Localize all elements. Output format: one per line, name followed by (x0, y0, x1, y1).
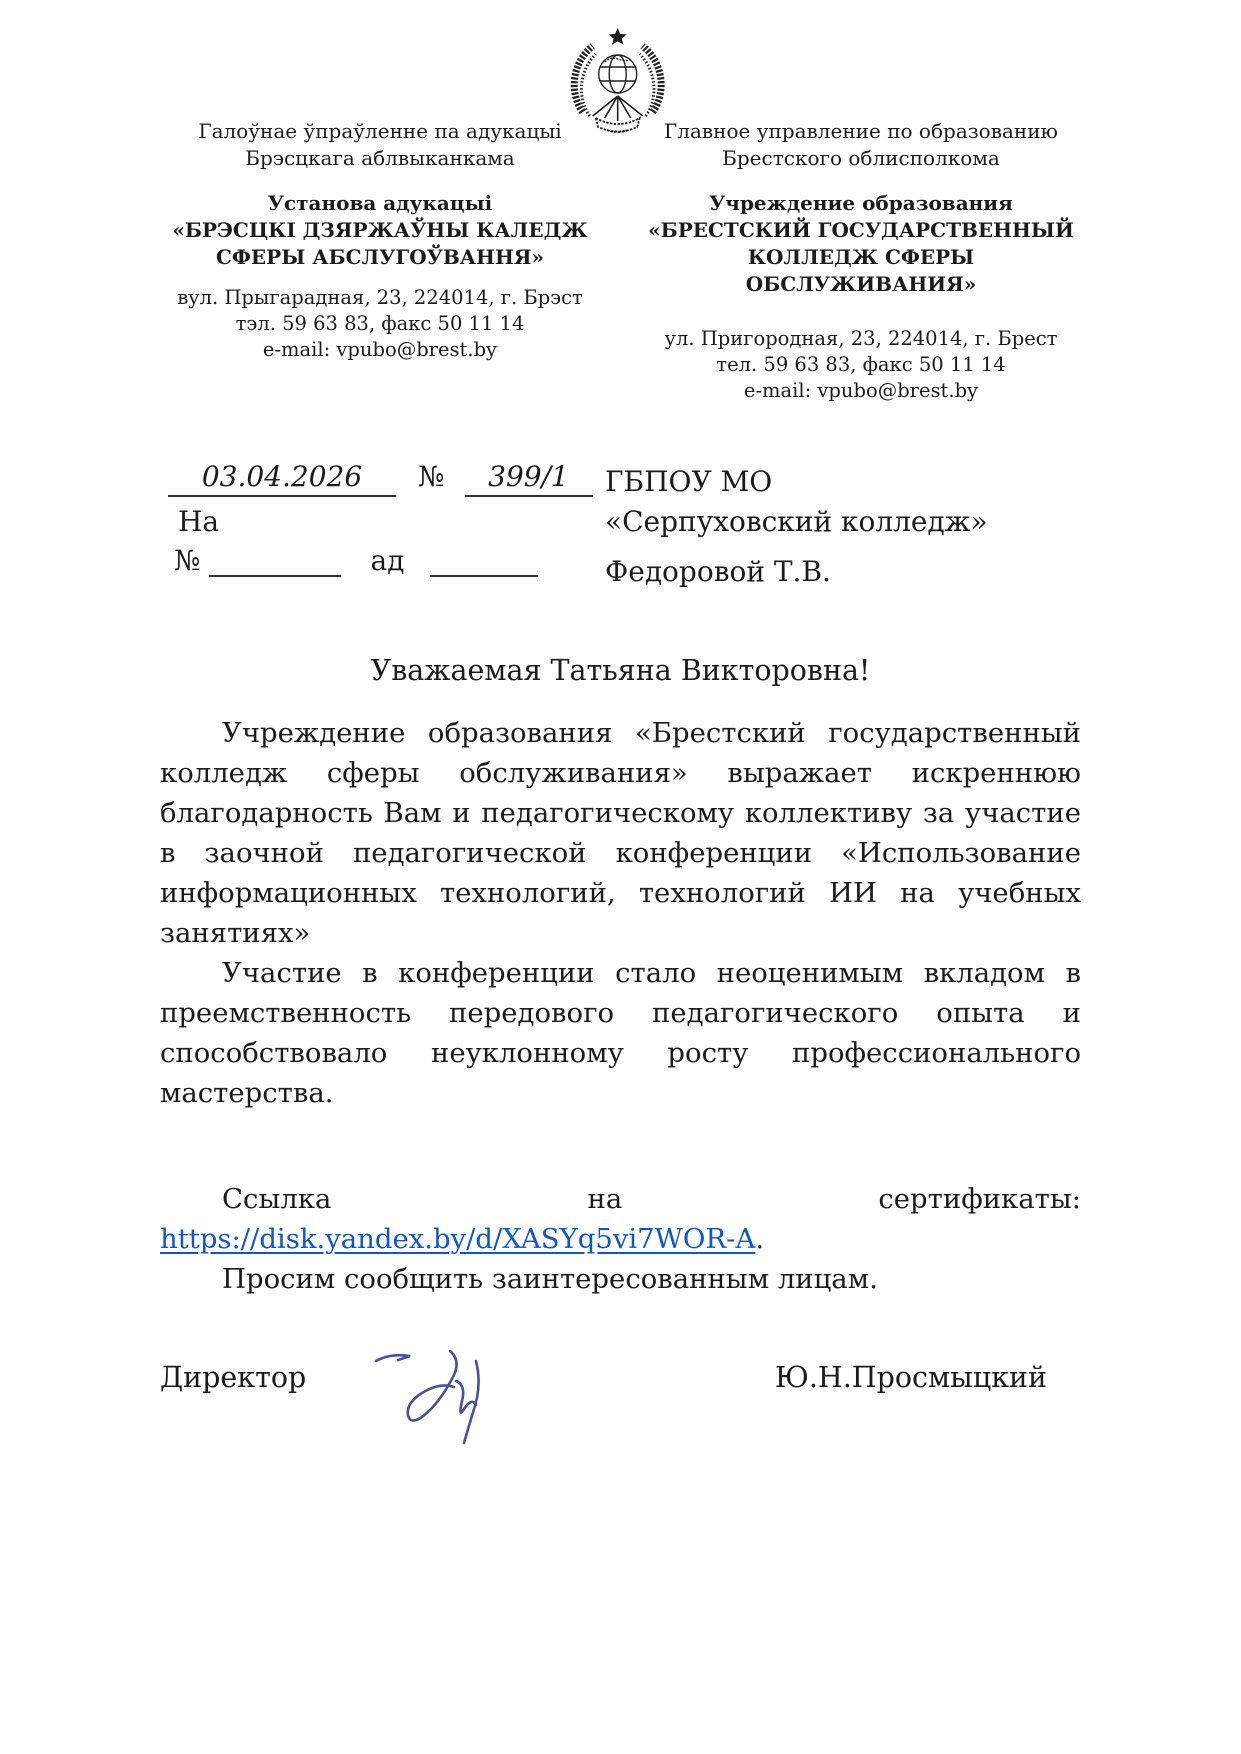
link-intro-word: на (588, 1179, 623, 1219)
phone-line: тэл. 59 63 83, факс 50 11 14 (160, 311, 600, 337)
org-line: Учреждение образования (641, 190, 1081, 217)
email-line: e-mail: vpubo@brest.by (641, 378, 1081, 404)
letter-page: Галоўнае ўпраўленне па адукацыі Брэсцкаг… (0, 0, 1241, 1754)
org-line: КОЛЛЕДЖ СФЕРЫ ОБСЛУЖИВАНИЯ» (641, 244, 1081, 298)
handwritten-signature (372, 1339, 537, 1454)
signer-name: Ю.Н.Просмыцкий (775, 1361, 1047, 1394)
body-paragraph: Просим сообщить заинтересованным лицам. (160, 1259, 1081, 1299)
recipient-organization: «Серпуховский колледж» (605, 502, 988, 542)
incoming-reference-label: На (160, 505, 605, 538)
certificates-link-line: https://disk.yandex.by/d/XASYq5vi7WOR-A. (160, 1219, 1081, 1259)
letterhead-russian: Главное управление по образованию Брестс… (641, 118, 1081, 404)
incoming-number-blank (209, 547, 341, 577)
certificates-link[interactable]: https://disk.yandex.by/d/XASYq5vi7WOR-A (160, 1223, 755, 1255)
number-sign: № (174, 544, 201, 577)
org-line: «БРЭСЦКІ ДЗЯРЖАЎНЫ КАЛЕДЖ (160, 217, 600, 244)
authority-line: Брестского облисполкома (641, 145, 1081, 172)
signer-position: Директор (160, 1361, 306, 1394)
ad-label: ад (371, 544, 405, 577)
authority-name-ru: Главное управление по образованию Брестс… (641, 118, 1081, 172)
authority-line: Брэсцкага аблвыканкама (160, 145, 600, 172)
signature-row: Директор Ю.Н.Просмыцкий (160, 1361, 1081, 1394)
org-line: «БРЕСТСКИЙ ГОСУДАРСТВЕННЫЙ (641, 217, 1081, 244)
outgoing-date-field: 03.04.2026 (168, 460, 396, 497)
outgoing-reference-line: 03.04.2026 № 399/1 (160, 460, 605, 497)
body-paragraph: Учреждение образования «Брестский госуда… (160, 713, 1081, 953)
incoming-reference-line: № ад (160, 544, 605, 577)
salutation: Уважаемая Татьяна Викторовна! (160, 654, 1081, 687)
reference-and-recipient: 03.04.2026 № 399/1 На № ад ГБПОУ МО «Сер… (160, 460, 1081, 592)
link-intro-line: Ссылка на сертификаты: (160, 1179, 1081, 1219)
coat-of-arms-icon (562, 26, 672, 138)
authority-name-be: Галоўнае ўпраўленне па адукацыі Брэсцкаг… (160, 118, 600, 172)
address-line: вул. Прыгарадная, 23, 224014, г. Брэст (160, 285, 600, 311)
reference-block: 03.04.2026 № 399/1 На № ад (160, 460, 605, 592)
outgoing-number-field: 399/1 (465, 460, 593, 497)
letterhead-belarusian: Галоўнае ўпраўленне па адукацыі Брэсцкаг… (160, 118, 600, 404)
organization-name-be: Установа адукацыі «БРЭСЦКІ ДЗЯРЖАЎНЫ КАЛ… (160, 190, 600, 271)
recipient-organization: ГБПОУ МО (605, 462, 988, 502)
recipient-block: ГБПОУ МО «Серпуховский колледж» Федорово… (605, 460, 988, 592)
number-sign: № (418, 460, 445, 493)
incoming-date-blank (430, 547, 538, 577)
body-paragraph: Участие в конференции стало неоценимым в… (160, 953, 1081, 1113)
authority-line: Галоўнае ўпраўленне па адукацыі (160, 118, 600, 145)
recipient-person: Федоровой Т.В. (605, 552, 988, 592)
org-line: Установа адукацыі (160, 190, 600, 217)
link-intro-word: сертификаты: (878, 1179, 1081, 1219)
organization-name-ru: Учреждение образования «БРЕСТСКИЙ ГОСУДА… (641, 190, 1081, 298)
email-line: e-mail: vpubo@brest.by (160, 337, 600, 363)
coat-of-arms-emblem (562, 26, 672, 138)
link-period: . (755, 1223, 764, 1255)
address-block-be: вул. Прыгарадная, 23, 224014, г. Брэст т… (160, 285, 600, 363)
org-line: СФЕРЫ АБСЛУГОЎВАННЯ» (160, 244, 600, 271)
address-block-ru: ул. Пригородная, 23, 224014, г. Брест те… (641, 326, 1081, 404)
phone-line: тел. 59 63 83, факс 50 11 14 (641, 352, 1081, 378)
link-intro-word: Ссылка (222, 1179, 331, 1219)
address-line: ул. Пригородная, 23, 224014, г. Брест (641, 326, 1081, 352)
authority-line: Главное управление по образованию (641, 118, 1081, 145)
